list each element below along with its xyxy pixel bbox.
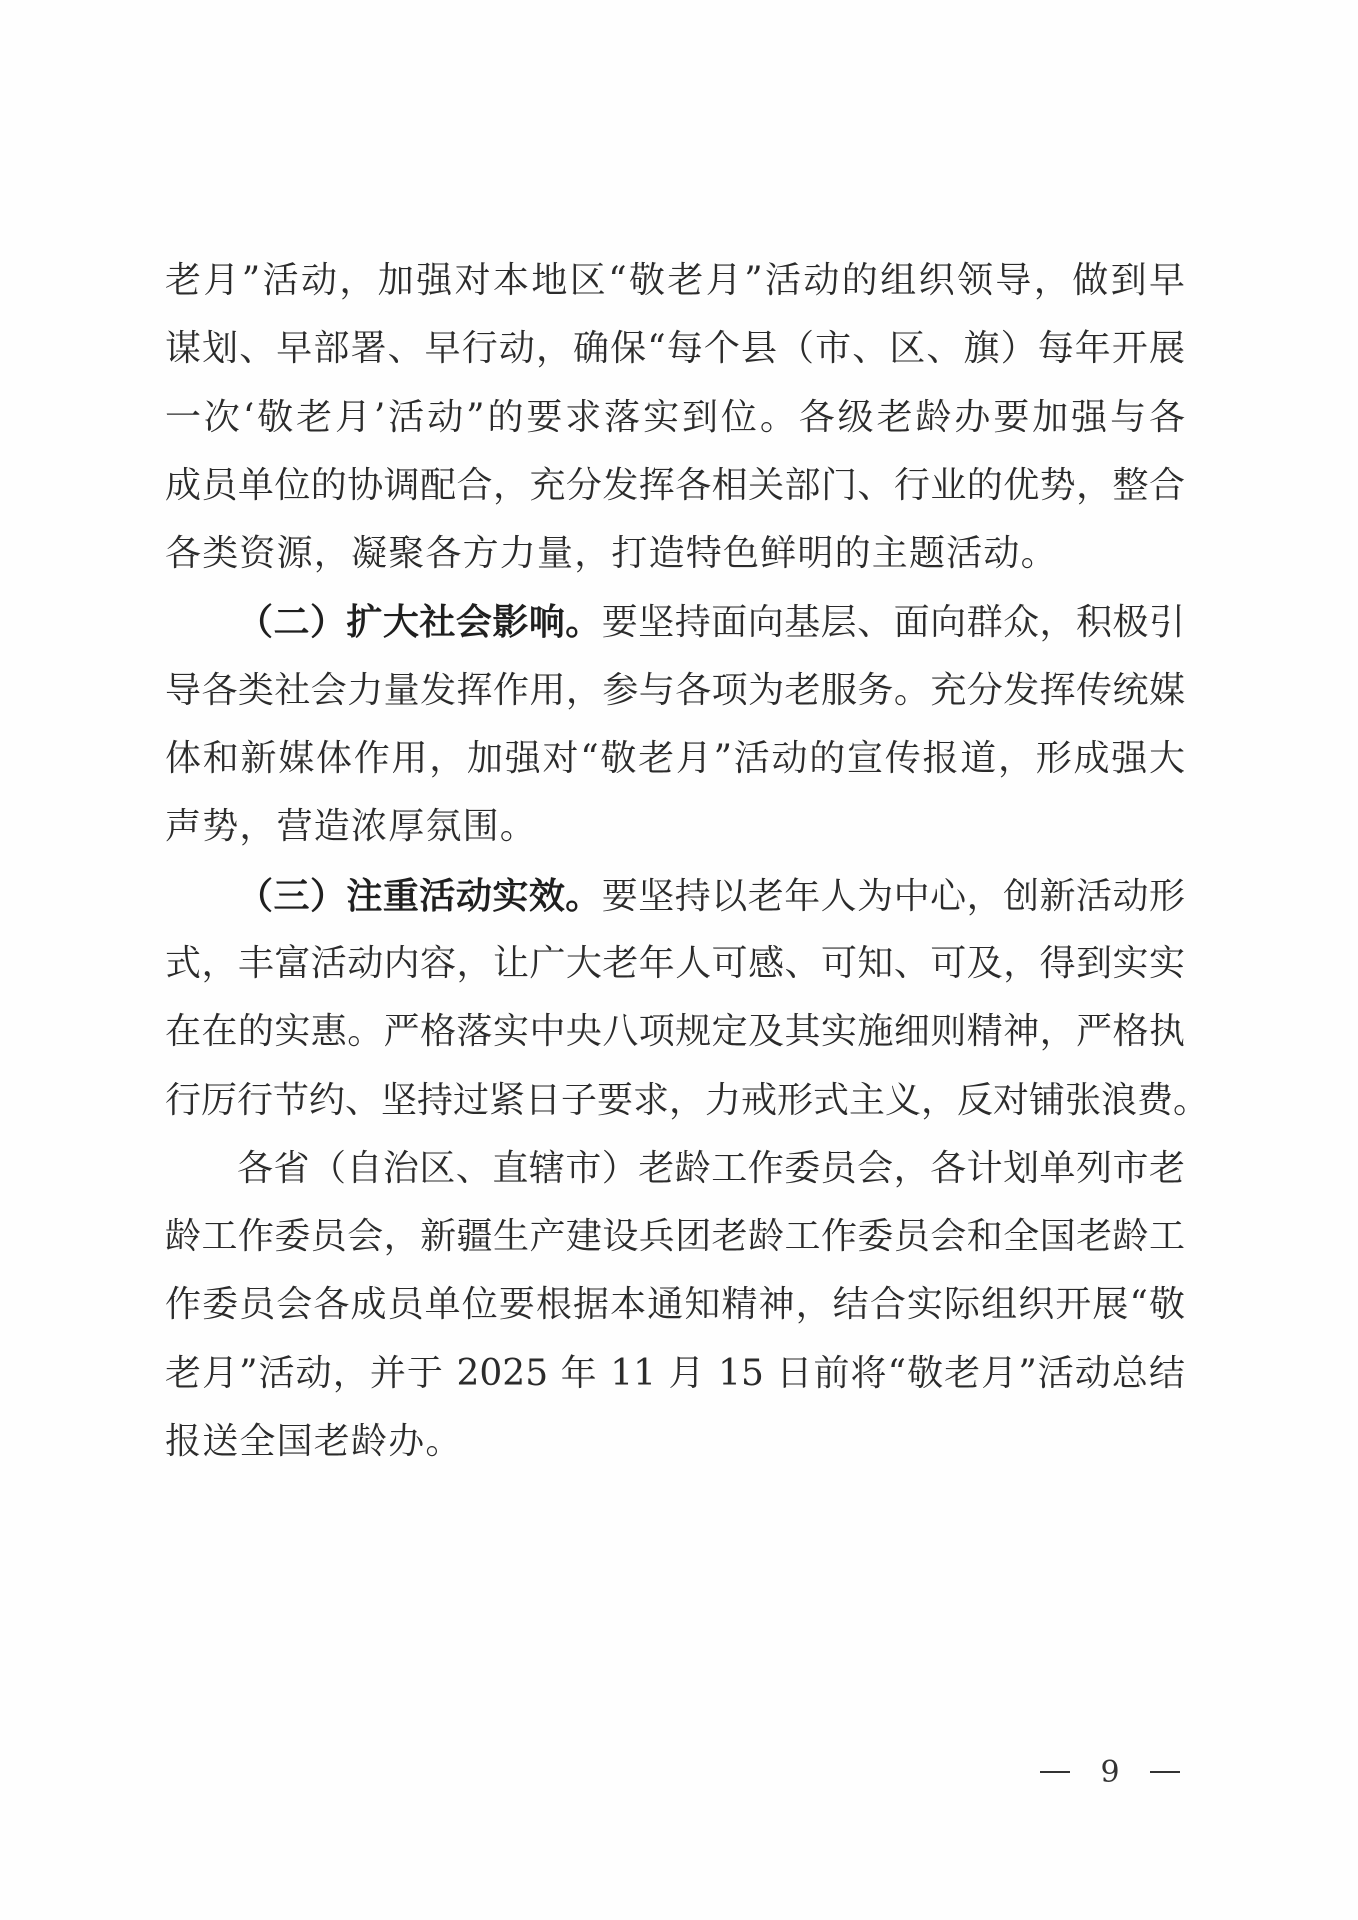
- paragraph-line: 式，丰富活动内容，让广大老年人可感、可知、可及，得到实实: [165, 936, 1185, 1004]
- page-number-value: 9: [1100, 1755, 1119, 1790]
- paragraph-line: 体和新媒体作用，加强对“敬老月”活动的宣传报道，形成强大: [165, 731, 1185, 799]
- paragraph-line: 在在的实惠。严格落实中央八项规定及其实施细则精神，严格执: [165, 1004, 1185, 1072]
- paragraph-line: 龄工作委员会，新疆生产建设兵团老龄工作委员会和全国老龄工: [165, 1209, 1185, 1277]
- paragraph-line: 导各类社会力量发挥作用，参与各项为老服务。充分发挥传统媒: [165, 663, 1185, 731]
- paragraph-line: 成员单位的协调配合，充分发挥各相关部门、行业的优势，整合: [165, 458, 1185, 526]
- page-number: 9: [1040, 1752, 1180, 1792]
- document-page: 老月”活动，加强对本地区“敬老月”活动的组织领导，做到早 谋划、早部署、早行动，…: [0, 0, 1358, 1920]
- section-3-first-line: （三）注重活动实效。要坚持以老年人为中心，创新活动形: [165, 868, 1185, 936]
- paragraph-line: 各类资源，凝聚各方力量，打造特色鲜明的主题活动。: [165, 526, 1185, 594]
- paragraph-line: 声势，营造浓厚氛围。: [165, 799, 1185, 867]
- closing-first-line: 各省（自治区、直辖市）老龄工作委员会，各计划单列市老: [165, 1141, 1185, 1209]
- body-text: 老月”活动，加强对本地区“敬老月”活动的组织领导，做到早 谋划、早部署、早行动，…: [165, 253, 1185, 1482]
- section-3-text: 要坚持以老年人为中心，创新活动形: [602, 876, 1185, 917]
- section-3-heading: （三）注重活动实效。: [237, 875, 602, 917]
- paragraph-line: 老月”活动，加强对本地区“敬老月”活动的组织领导，做到早: [165, 253, 1185, 321]
- paragraph-line: 报送全国老龄办。: [165, 1414, 1185, 1482]
- section-2-text: 要坚持面向基层、面向群众，积极引: [602, 602, 1185, 643]
- paragraph-line: 行厉行节约、坚持过紧日子要求，力戒形式主义，反对铺张浪费。: [165, 1073, 1185, 1141]
- dash-right: [1150, 1771, 1180, 1773]
- section-2-first-line: （二）扩大社会影响。要坚持面向基层、面向群众，积极引: [165, 594, 1185, 662]
- dash-left: [1040, 1771, 1070, 1773]
- paragraph-line: 一次‘敬老月’活动”的要求落实到位。各级老龄办要加强与各: [165, 390, 1185, 458]
- paragraph-line: 作委员会各成员单位要根据本通知精神，结合实际组织开展“敬: [165, 1277, 1185, 1345]
- section-2-heading: （二）扩大社会影响。: [237, 601, 602, 643]
- paragraph-line: 老月”活动，并于 2025 年 11 月 15 日前将“敬老月”活动总结: [165, 1346, 1185, 1414]
- paragraph-line: 谋划、早部署、早行动，确保“每个县（市、区、旗）每年开展: [165, 321, 1185, 389]
